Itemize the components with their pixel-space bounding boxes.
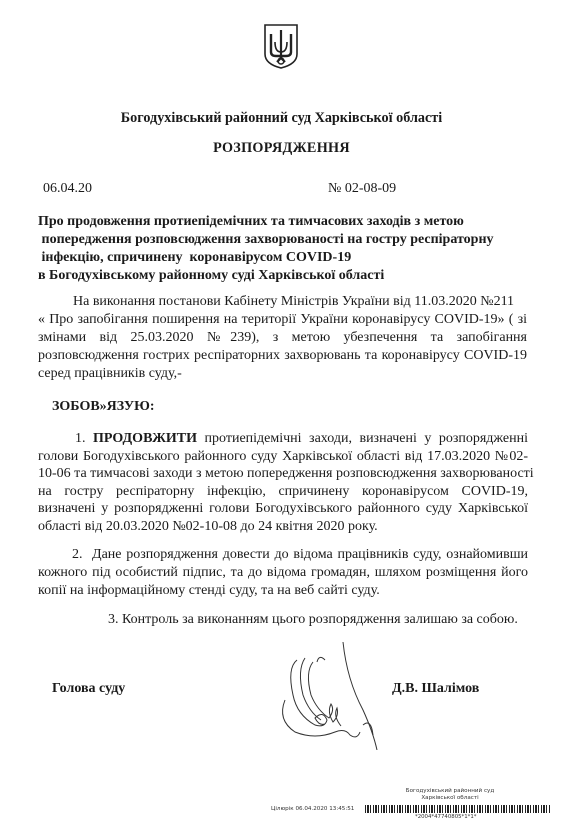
document-type-title: РОЗПОРЯДЖЕННЯ (0, 140, 563, 157)
item-first-line: 1. ПРОДОВЖИТИ протиепідемічні заходи, ви… (38, 430, 528, 448)
item-number: 3. (108, 612, 119, 627)
preamble-line: розповсюдження гострих респіраторних зах… (38, 347, 527, 365)
preamble-paragraph: На виконання постанови Кабінету Міністрі… (38, 293, 527, 383)
item-line: 10-06 та тимчасові заходи з метою попере… (38, 465, 528, 483)
subject-line: в Богодухівському районному суді Харківс… (38, 267, 538, 285)
registration-stamp-court: Богодухівський районний суд Харківської … (390, 788, 510, 802)
preamble-line: « Про запобігання поширення на території… (38, 311, 527, 329)
subject-line: попередження розповсюдження захворюванос… (38, 231, 538, 249)
court-name: Богодухівський районний суд Харківської … (0, 110, 563, 127)
item-text: Дане розпорядження довести до відома пра… (92, 547, 528, 562)
stamp-court-line: Богодухівський районний суд (390, 788, 510, 795)
order-item-1: 1. ПРОДОВЖИТИ протиепідемічні заходи, ви… (38, 430, 528, 535)
item-line: копії на інформаційному стенді суду, та … (38, 582, 528, 600)
item-number: 2. (72, 547, 83, 562)
document-date: 06.04.20 (43, 181, 92, 197)
item-line: голови Богодухівського районного суду Ха… (38, 448, 528, 466)
order-item-3: 3. Контроль за виконанням цього розпоряд… (108, 612, 518, 628)
item-line: області від 20.03.2020 №02-10-08 до 24 к… (38, 518, 528, 536)
subject-line: інфекцію, спричинену коронавірусом COVID… (38, 249, 538, 267)
item-line: визначені у розпорядженні голови Богодух… (38, 500, 528, 518)
document-subject: Про продовження протиепідемічних та тимч… (38, 213, 538, 285)
signatory-name: Д.В. Шалімов (392, 681, 479, 697)
item-line: кожного під особистий підпис, та до відо… (38, 564, 528, 582)
document-number: № 02-08-09 (328, 181, 396, 197)
item-bold-lead: ПРОДОВЖИТИ (93, 431, 197, 446)
item-first-line: 2. Дане розпорядження довести до відома … (38, 546, 528, 564)
order-heading: ЗОБОВ»ЯЗУЮ: (52, 399, 155, 415)
item-text: Контроль за виконанням цього розпоряджен… (122, 612, 518, 627)
preamble-line: серед працівників суду,- (38, 365, 527, 383)
signatory-role: Голова суду (52, 681, 125, 697)
item-line: на гостру респіраторну інфекцію, спричин… (38, 483, 528, 501)
preamble-line: змінами від 25.03.2020 №239), з метою уб… (38, 329, 527, 347)
barcode (365, 805, 550, 813)
trident-icon (262, 22, 300, 70)
coat-of-arms-emblem (262, 22, 300, 70)
handwritten-signature (275, 640, 395, 750)
stamp-court-line: Харківської області (390, 795, 510, 802)
item-number: 1. (75, 431, 86, 446)
subject-line: Про продовження протиепідемічних та тимч… (38, 213, 538, 231)
item-text: протиепідемічні заходи, визначені у розп… (205, 431, 528, 446)
preamble-line: На виконання постанови Кабінету Міністрі… (38, 293, 527, 311)
signature-icon (275, 640, 395, 750)
order-item-2: 2. Дане розпорядження довести до відома … (38, 546, 528, 600)
registration-stamp-registrar: Цілюрік 06.04.2020 13:45:51 (271, 806, 354, 812)
barcode-text: *2004*47740805*1*1* (415, 814, 477, 820)
